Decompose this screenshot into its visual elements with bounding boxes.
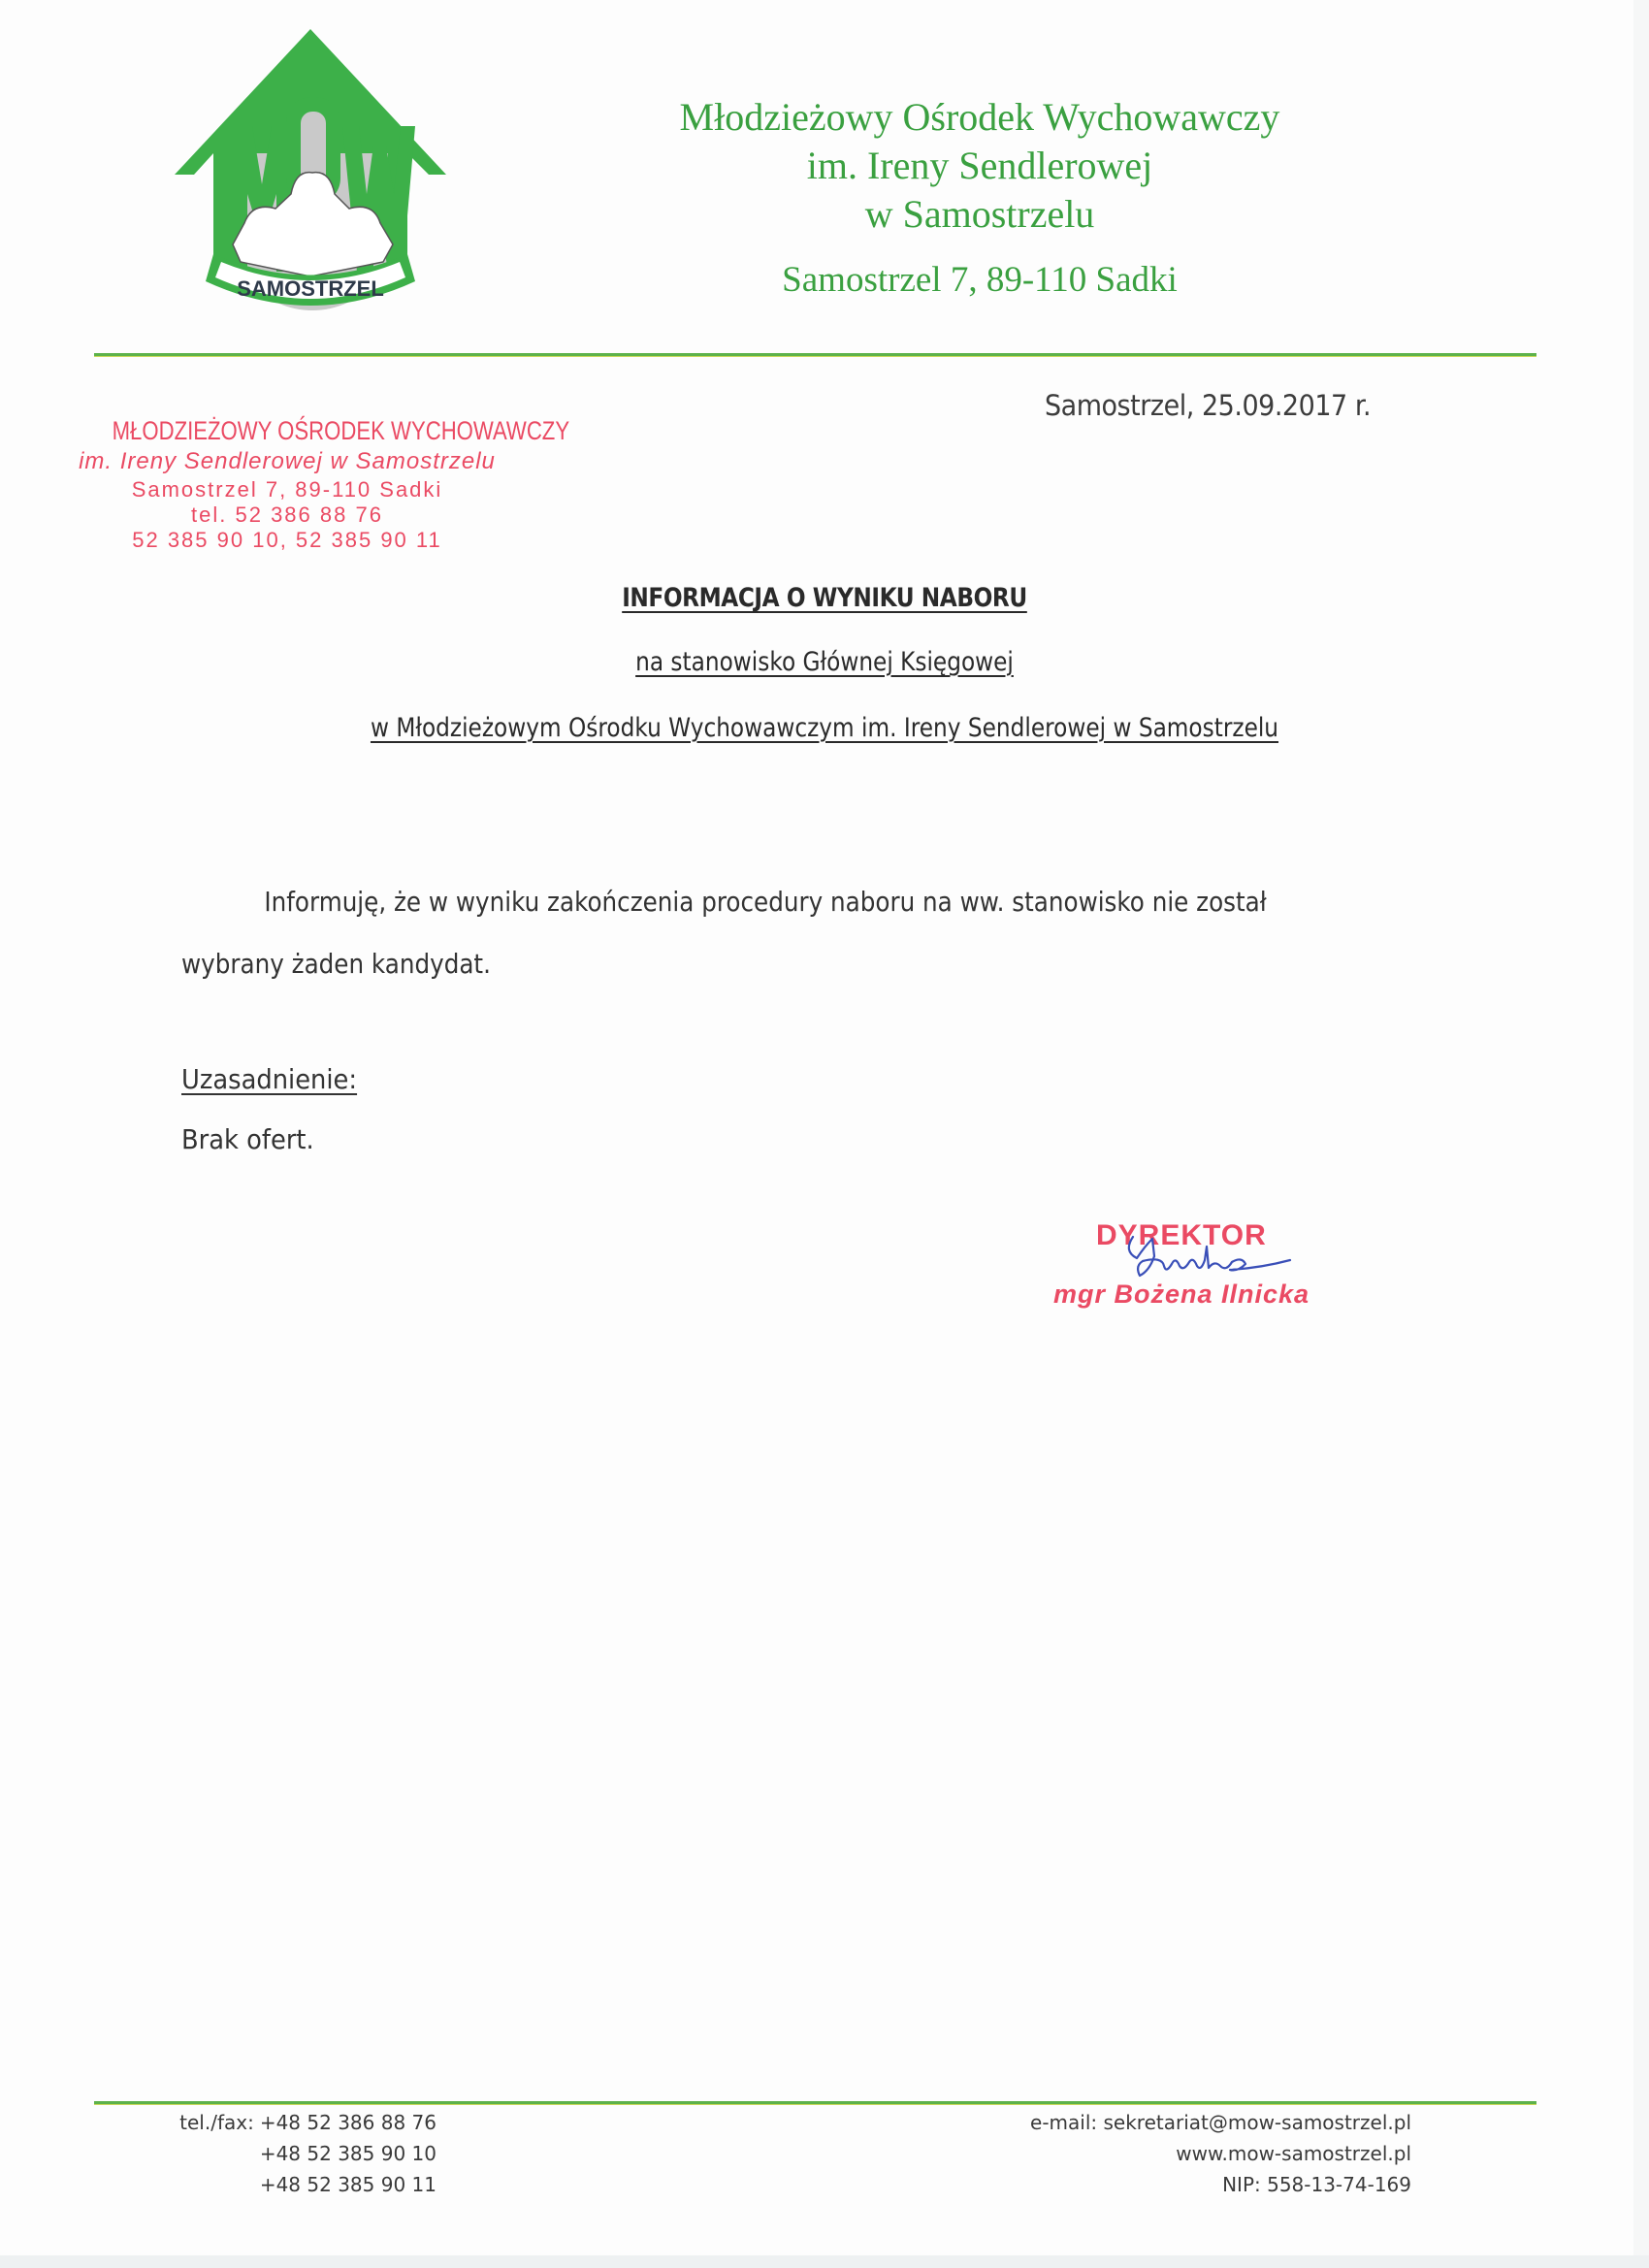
- institution-address: Samostrzel 7, 89-110 Sadki: [601, 258, 1358, 303]
- footer-contact-info: e-mail: sekretariat@mow-samostrzel.pl ww…: [970, 2107, 1411, 2200]
- stamp-line: tel. 52 386 88 76: [74, 502, 501, 528]
- page-edge-bottom: [0, 2255, 1649, 2268]
- email-address: e-mail: sekretariat@mow-samostrzel.pl: [970, 2107, 1411, 2138]
- footer-divider: [94, 2101, 1536, 2105]
- letterhead: Młodzieżowy Ośrodek Wychowawczy im. Iren…: [601, 93, 1358, 303]
- body-paragraph: Informuję, że w wyniku zakończenia proce…: [181, 887, 1404, 980]
- mow-logo: SAMOSTRZEL: [165, 29, 456, 330]
- justification-text: Brak ofert.: [181, 1123, 357, 1156]
- institution-patron: im. Ireny Sendlerowej: [601, 142, 1358, 190]
- svg-text:SAMOSTRZEL: SAMOSTRZEL: [237, 276, 384, 301]
- website-address: www.mow-samostrzel.pl: [970, 2138, 1411, 2169]
- footer-contact-phones: tel./fax: +48 52 386 88 76 +48 52 385 90…: [175, 2107, 436, 2200]
- stamp-line: MŁODZIEŻOWY OŚRODEK WYCHOWAWCZY: [113, 415, 463, 446]
- institution-name: Młodzieżowy Ośrodek Wychowawczy: [601, 93, 1358, 142]
- tax-id: NIP: 558-13-74-169: [970, 2169, 1411, 2200]
- justification-section: Uzasadnienie: Brak ofert.: [181, 1063, 372, 1156]
- phone-label: tel./fax:: [179, 2107, 254, 2138]
- document-subtitle: w Młodzieżowym Ośrodku Wychowawczym im. …: [115, 714, 1534, 743]
- page-edge: [1633, 0, 1649, 2268]
- stamp-line: Samostrzel 7, 89-110 Sadki: [74, 477, 501, 502]
- justification-label: Uzasadnienie:: [181, 1063, 357, 1096]
- handwritten-signature-icon: [1048, 1217, 1358, 1324]
- document-title: INFORMACJA O WYNIKU NABORU: [115, 584, 1534, 613]
- stamp-line: 52 385 90 10, 52 385 90 11: [74, 528, 501, 553]
- director-signature-stamp: DYREKTOR mgr Bożena Ilnicka: [1048, 1217, 1358, 1324]
- stamp-line: im. Ireny Sendlerowej w Samostrzelu: [74, 446, 501, 477]
- document-subtitle: na stanowisko Głównej Księgowej: [115, 648, 1534, 677]
- paragraph-line: Informuję, że w wyniku zakończenia proce…: [181, 887, 1257, 918]
- header-divider: [94, 353, 1536, 357]
- phone-number: +48 52 385 90 11: [260, 2169, 436, 2200]
- institution-stamp: MŁODZIEŻOWY OŚRODEK WYCHOWAWCZY im. Iren…: [74, 415, 501, 553]
- document-date: Samostrzel, 25.09.2017 r.: [1045, 389, 1371, 422]
- phone-number: +48 52 385 90 10: [260, 2138, 436, 2169]
- phone-number: +48 52 386 88 76: [260, 2107, 436, 2138]
- logo-icon: SAMOSTRZEL: [165, 29, 456, 330]
- institution-location: w Samostrzelu: [601, 190, 1358, 239]
- paragraph-line: wybrany żaden kandydat.: [181, 949, 1257, 980]
- document-title-block: INFORMACJA O WYNIKU NABORU na stanowisko…: [0, 584, 1649, 743]
